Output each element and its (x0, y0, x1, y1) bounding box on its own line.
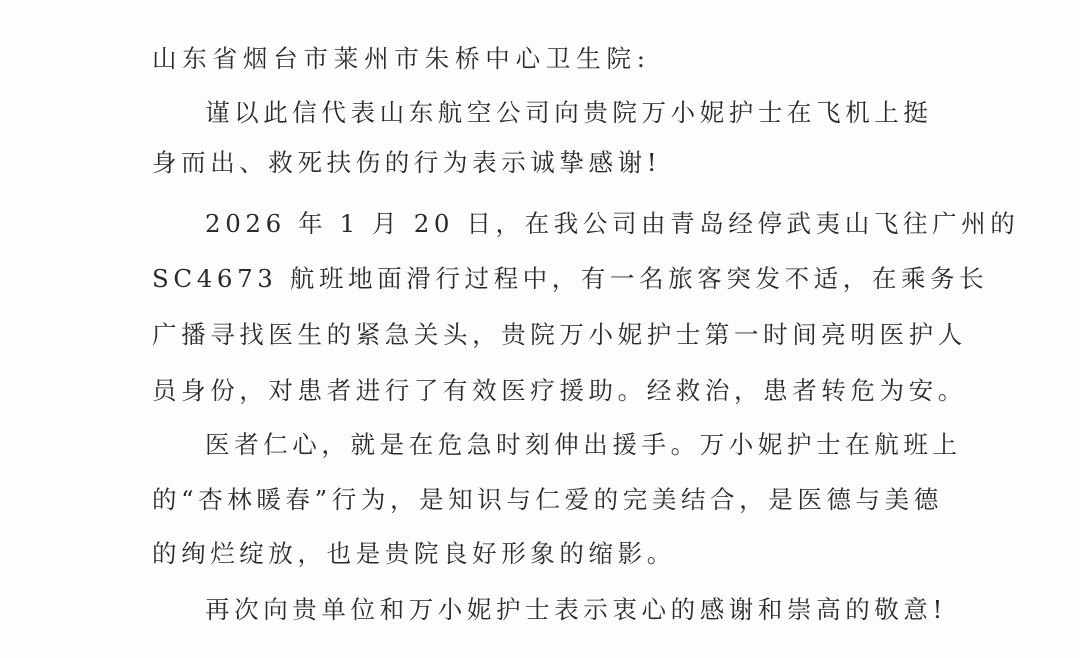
paragraph-3-line-2: 的“杏林暖春”行为，是知识与仁爱的完美结合，是医德与美德 (152, 485, 943, 515)
salutation: 山东省烟台市莱州市朱桥中心卫生院: (152, 44, 651, 74)
letter-page: 山东省烟台市莱州市朱桥中心卫生院: 谨以此信代表山东航空公司向贵院万小妮护士在飞… (0, 0, 1080, 658)
paragraph-1-line-1: 谨以此信代表山东航空公司向贵院万小妮护士在飞机上挺 (205, 98, 933, 128)
paragraph-4-line-1: 再次向贵单位和万小妮护士表示衷心的感谢和崇高的敬意! (205, 595, 947, 625)
paragraph-2-line-2: SC4673 航班地面滑行过程中，有一名旅客突发不适，在乘务长 (152, 264, 988, 294)
paragraph-3-line-1: 医者仁心，就是在危急时刻伸出援手。万小妮护士在航班上 (205, 430, 962, 460)
paragraph-3-line-3: 的绚烂绽放，也是贵院良好形象的缩影。 (152, 539, 676, 569)
paragraph-2-line-3: 广播寻找医生的紧急关头，贵院万小妮护士第一时间亮明医护人 (152, 320, 967, 350)
paragraph-2-line-1: 2026 年 1 月 20 日，在我公司由青岛经停武夷山飞往广州的 (205, 209, 1019, 239)
paragraph-2-line-4: 员身份，对患者进行了有效医疗援助。经救治，患者转危为安。 (152, 376, 967, 406)
paragraph-1-line-2: 身而出、救死扶伤的行为表示诚挚感谢! (152, 148, 661, 178)
